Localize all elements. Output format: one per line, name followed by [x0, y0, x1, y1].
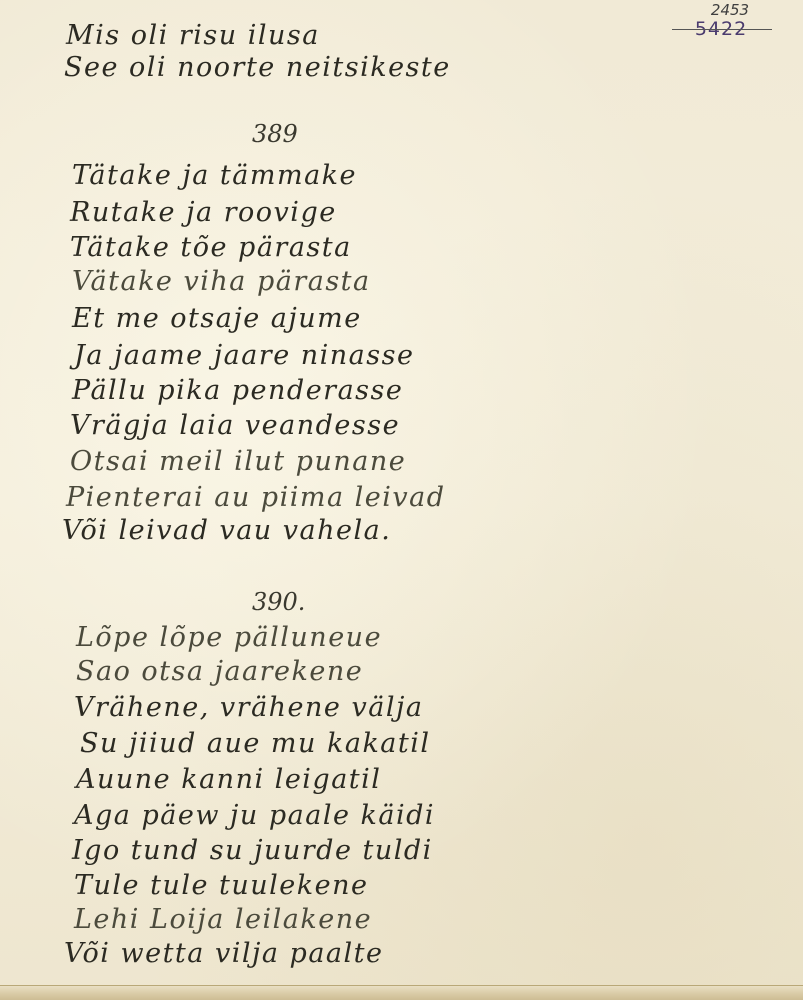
verse-line: Tätake tõe pärasta [70, 232, 352, 264]
verse-line: Igo tund su juurde tuldi [72, 835, 433, 867]
verse-line: Su jiiud aue mu kakatil [80, 728, 431, 760]
continuation-line: Mis oli risu ilusa [66, 20, 320, 52]
verse-line: Või leivad vau vahela. [62, 515, 391, 547]
verse-line: Vätake viha pärasta [72, 266, 371, 298]
verse-line: Lehi Loija leilakene [74, 904, 372, 936]
verse-line: Et me otsaje ajume [72, 303, 362, 335]
continuation-line: See oli noorte neitsikeste [64, 52, 451, 84]
verse-line: Sao otsa jaarekene [76, 656, 363, 688]
verse-line: Aga päew ju paale käidi [74, 800, 435, 832]
verse-line: Lõpe lõpe pälluneue [76, 622, 382, 654]
archive-number-current: 2453 [694, 2, 766, 18]
verse-line: Pällu pika penderasse [72, 375, 403, 407]
manuscript-page: 2453 5422 Mis oli risu ilusa See oli noo… [0, 0, 803, 1000]
archive-number-struck: 5422 [676, 18, 766, 40]
archive-number-stamp: 2453 5422 [676, 2, 766, 40]
song-number: 389 [252, 120, 298, 148]
verse-line: Rutake ja roovige [70, 197, 337, 229]
verse-line: Tule tule tuulekene [74, 870, 368, 902]
song-number: 390. [252, 588, 305, 616]
verse-line: Ja jaame jaare ninasse [74, 340, 414, 372]
verse-line: Tätake ja tämmake [72, 160, 357, 192]
paper-bottom-edge [0, 985, 803, 1000]
verse-line: Vrägja laia veandesse [70, 410, 400, 442]
verse-line: Otsai meil ilut punane [70, 446, 406, 478]
verse-line: Vrähene, vrähene välja [74, 692, 423, 724]
verse-line: Auune kanni leigatil [76, 764, 381, 796]
verse-line: Pienterai au piima leivad [66, 482, 446, 514]
verse-line: Või wetta vilja paalte [64, 938, 383, 970]
